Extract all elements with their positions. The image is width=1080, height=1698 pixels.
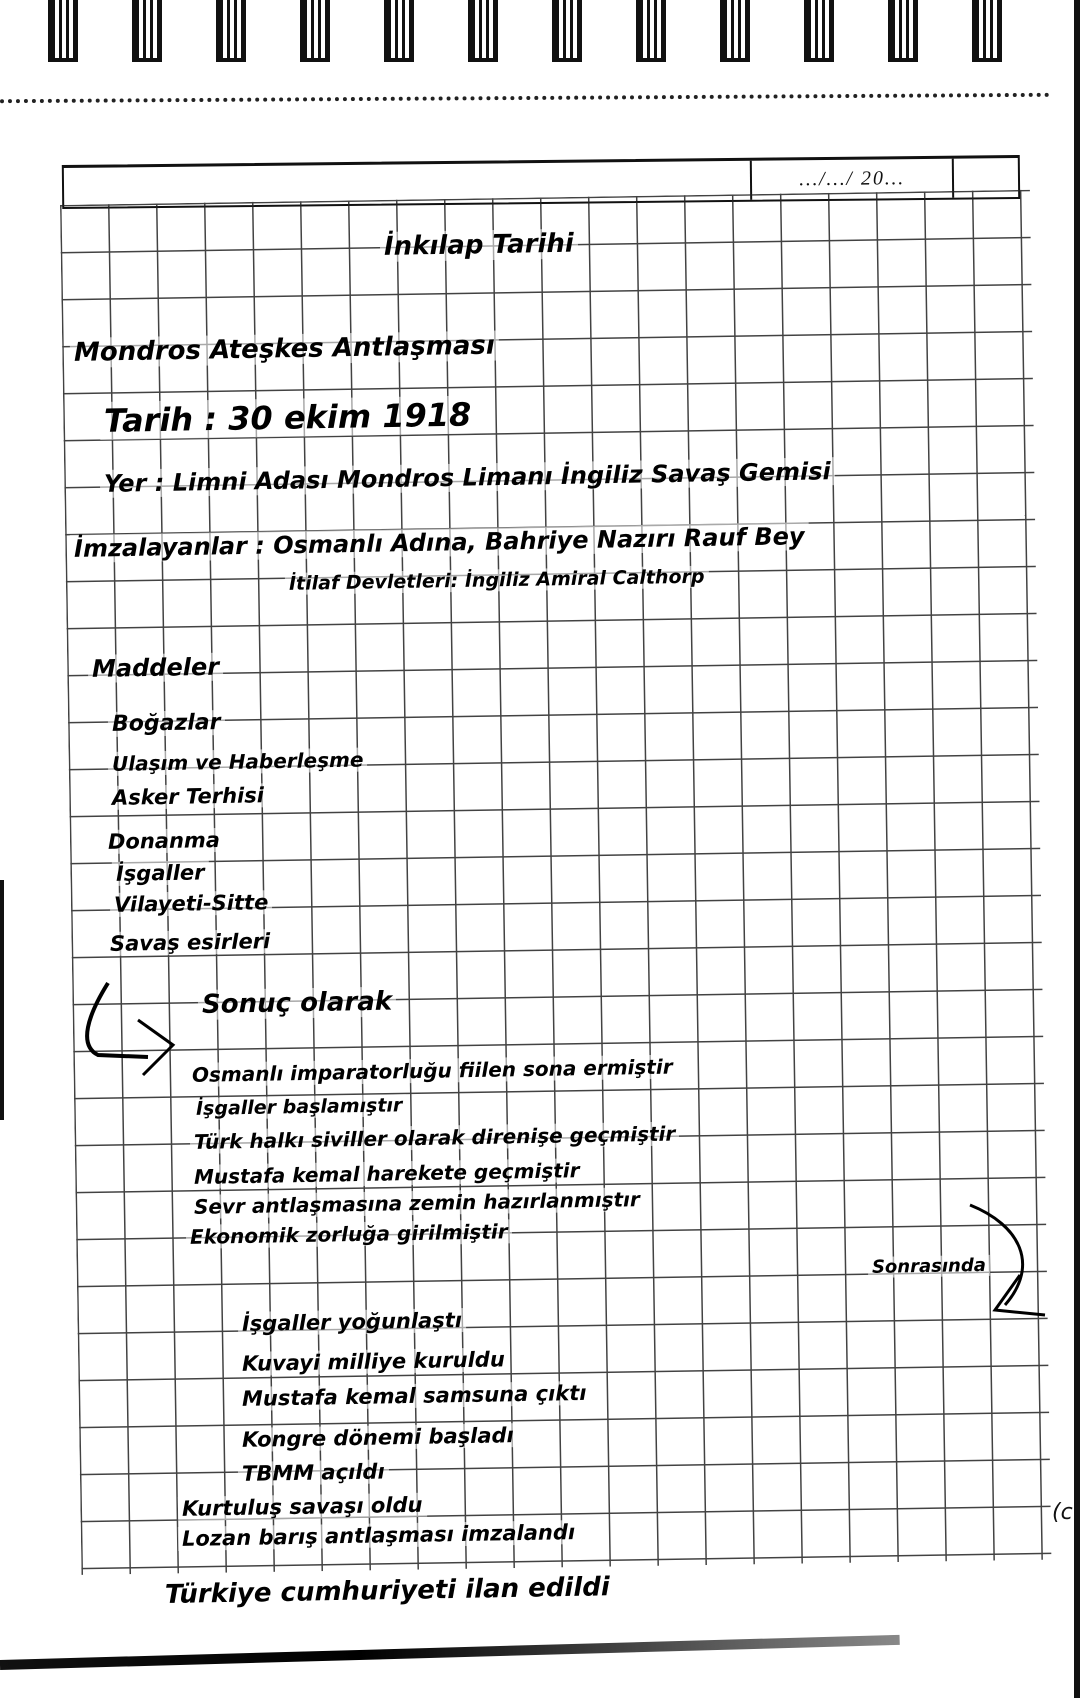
binding-ring bbox=[636, 0, 666, 62]
perforation-line bbox=[0, 93, 1050, 103]
after-item: TBMM açıldı bbox=[238, 1459, 389, 1486]
binding-ring bbox=[972, 0, 1002, 62]
results-heading: Sonuç olarak bbox=[198, 987, 397, 1020]
curved-arrow-icon bbox=[78, 975, 198, 1085]
binding-ring bbox=[468, 0, 498, 62]
article-item: Asker Terhisi bbox=[108, 783, 268, 810]
after-item: Kongre dönemi başladı bbox=[238, 1423, 518, 1452]
article-item: Savaş esirleri bbox=[106, 929, 275, 956]
binding-ring bbox=[804, 0, 834, 62]
fact-value: 30 ekim 1918 bbox=[228, 396, 472, 438]
bottom-stroke bbox=[0, 1635, 900, 1670]
binding-ring bbox=[720, 0, 750, 62]
after-label: Sonrasında bbox=[868, 1255, 990, 1278]
binding-ring bbox=[132, 0, 162, 62]
binding-ring bbox=[384, 0, 414, 62]
after-item: Kuvayi milliye kuruldu bbox=[238, 1347, 509, 1376]
after-item: İşgaller yoğunlaştı bbox=[238, 1308, 466, 1336]
after-item: Kurtuluş savaşı oldu bbox=[178, 1493, 427, 1521]
binding-ring bbox=[48, 0, 78, 62]
grid-paper bbox=[60, 190, 1051, 1575]
article-item: İşgaller bbox=[112, 860, 209, 886]
binding-ring bbox=[552, 0, 582, 62]
page-edge-left bbox=[0, 880, 4, 1120]
page-title: İnkılap Tarihi bbox=[380, 229, 578, 262]
binding-ring bbox=[300, 0, 330, 62]
article-item: Ulaşım ve Haberleşme bbox=[108, 747, 368, 776]
article-item: Boğazlar bbox=[108, 710, 225, 737]
spiral-binding bbox=[0, 0, 1050, 70]
binding-ring bbox=[888, 0, 918, 62]
article-item: Vilayeti-Sitte bbox=[110, 890, 273, 917]
edge-mark: (c bbox=[1052, 1500, 1073, 1525]
fact-label: Tarih bbox=[104, 400, 194, 440]
result-item: İşgaller başlamıştır bbox=[192, 1094, 407, 1120]
page-edge bbox=[1074, 0, 1080, 1698]
fact-date: Tarih : 30 ekim 1918 bbox=[100, 395, 476, 440]
fact-label: Yer bbox=[104, 469, 147, 498]
fact-label: İmzalayanlar bbox=[74, 532, 247, 563]
articles-heading: Maddeler bbox=[88, 653, 224, 683]
article-item: Donanma bbox=[104, 828, 224, 854]
after-item-final: Türkiye cumhuriyeti ilan edildi bbox=[165, 1572, 610, 1610]
binding-ring bbox=[216, 0, 246, 62]
